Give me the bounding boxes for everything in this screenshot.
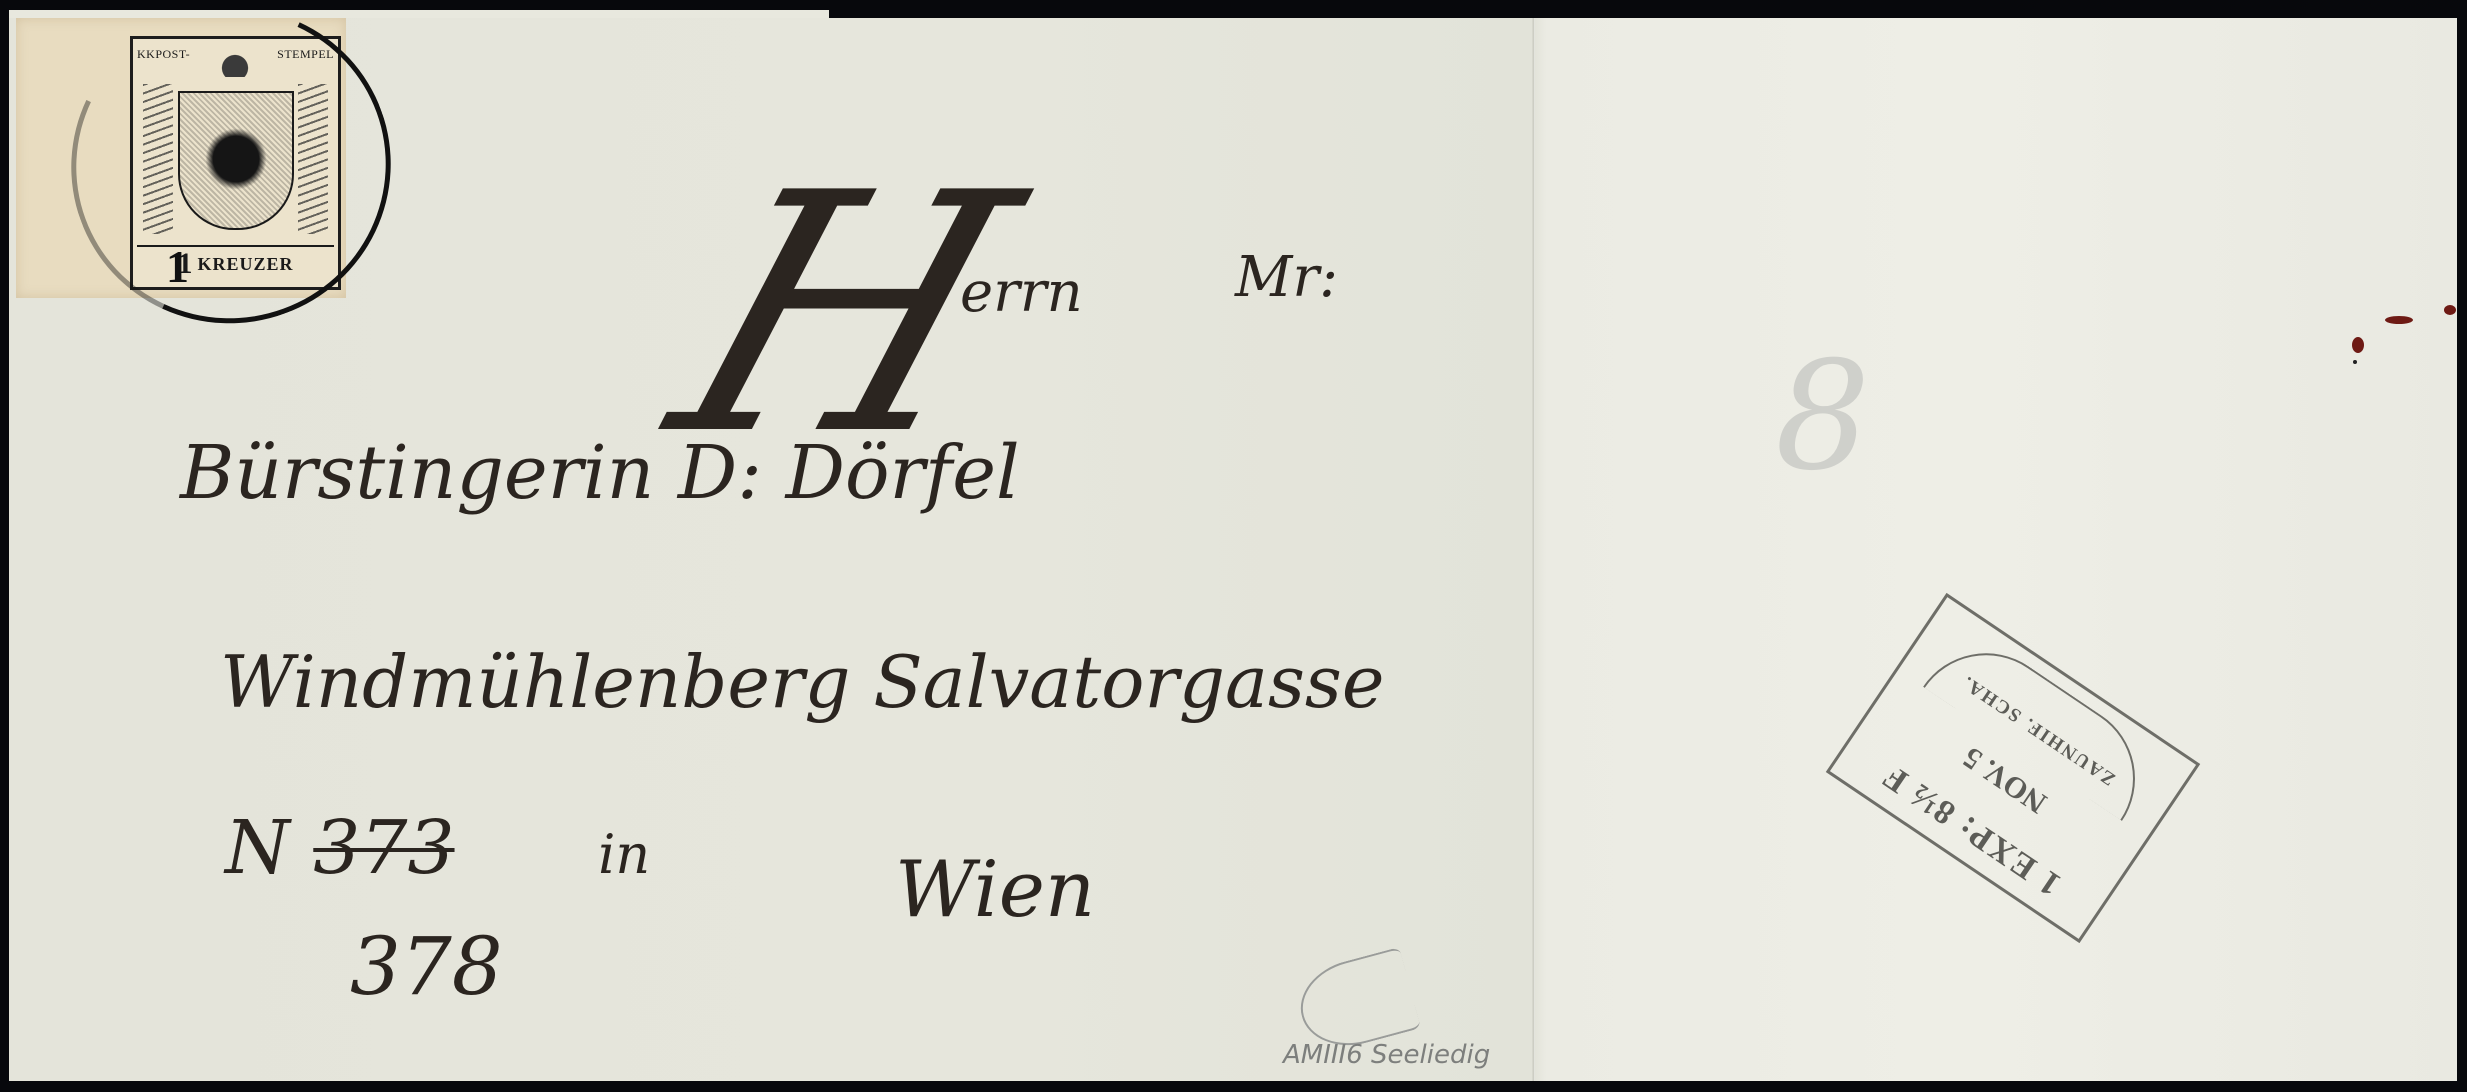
salutation-abbr: Mr: — [1235, 245, 1338, 310]
corrected-house-number: 378 — [350, 920, 503, 1013]
postage-stamp: KKPOST- STEMPEL 1 KREUZER 1 — [16, 18, 346, 298]
pencil-note: AMIII6 Seeliedig — [1283, 1040, 1490, 1070]
pencil-flap-mark: 8 — [1775, 330, 1870, 504]
city: Wien — [895, 845, 1095, 935]
address-line-number-city: N 373 in Wien — [225, 805, 650, 891]
cancellation-date: 1 — [166, 240, 189, 293]
sealing-wax-speck — [2385, 316, 2413, 324]
address-line-street: Windmühlenberg Salvatorgasse — [220, 640, 1384, 724]
ink-speck — [2353, 360, 2357, 364]
number-prefix: N — [225, 805, 290, 891]
salutation-rest: errn — [960, 260, 1083, 325]
struck-number: 373 — [313, 805, 454, 891]
address-line-name: Bürstingerin D: Dörfel — [180, 430, 1020, 516]
in-word: in — [598, 823, 650, 886]
sealing-wax-speck — [2352, 337, 2364, 353]
fold-line — [1532, 18, 1535, 1081]
sealing-wax-speck — [2444, 305, 2456, 315]
